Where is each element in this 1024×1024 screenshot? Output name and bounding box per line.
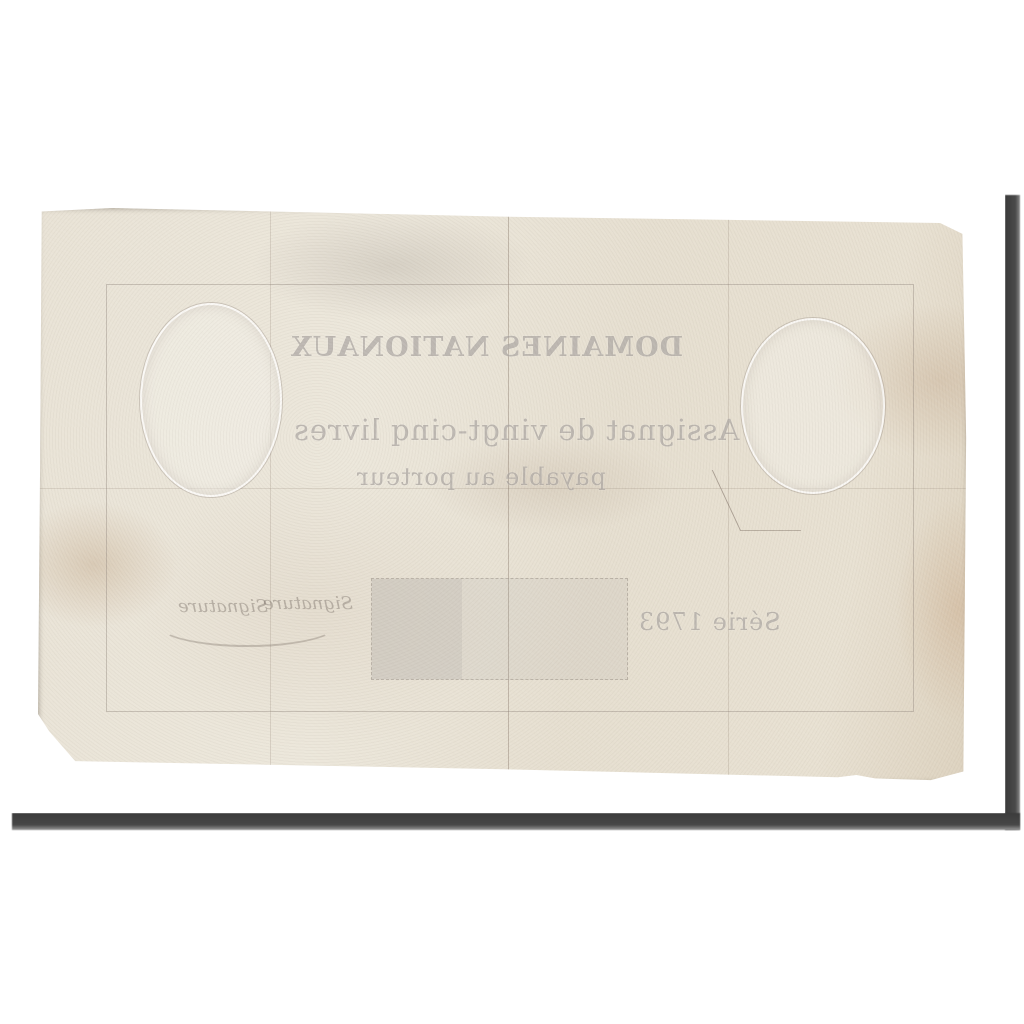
left-signature: Signature — [178, 596, 268, 617]
banknote-reverse: DOMAINES NATIONAUX Assignat de vingt-cin… — [38, 208, 968, 783]
fold-line-vertical — [508, 208, 509, 783]
dry-stamp-shadow — [372, 579, 462, 679]
left-medallion-emboss — [140, 303, 282, 497]
show-through-payable: payable au porteur — [356, 463, 606, 491]
show-through-heading: DOMAINES NATIONAUX — [290, 332, 683, 363]
dry-stamp-area — [371, 578, 628, 680]
drop-shadow-right — [1005, 195, 1020, 830]
right-signature: Signature — [263, 593, 353, 614]
show-through-serial: Série 1793 — [638, 608, 781, 636]
right-medallion-emboss — [741, 318, 885, 494]
drop-shadow-bottom — [12, 813, 1020, 830]
show-through-value: Assignat de vingt-cinq livres — [293, 413, 740, 447]
fold-line-vertical-left — [270, 208, 271, 783]
